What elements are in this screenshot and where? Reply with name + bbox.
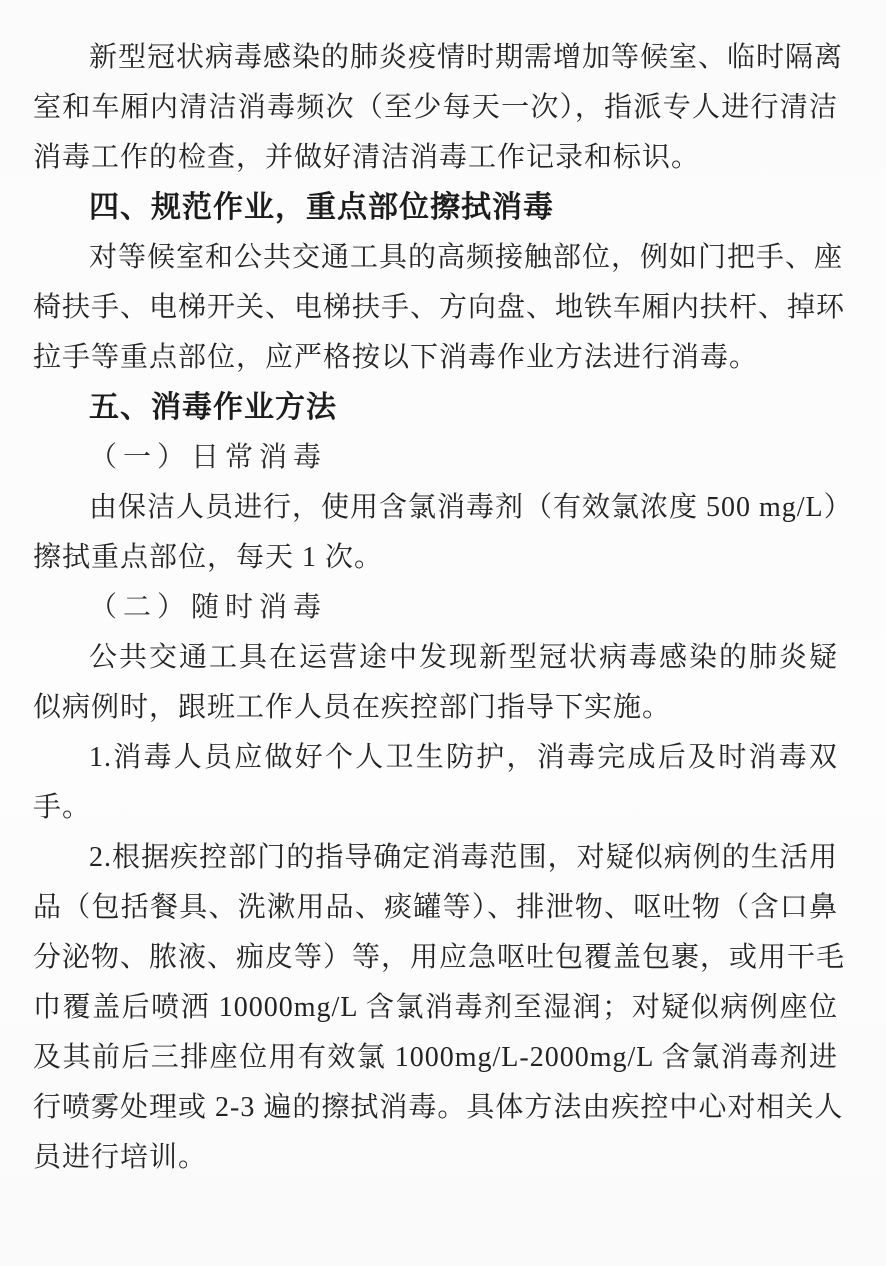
text-line: 由保洁人员进行，使用含氯消毒剂（有效氯浓度 500 mg/L） [33, 483, 838, 533]
paragraph-suspected-case: 公共交通工具在运营途中发现新型冠状病毒感染的肺炎疑 似病例时，跟班工作人员在疾控… [33, 633, 838, 733]
text-line: 及其前后三排座位用有效氯 1000mg/L-2000mg/L 含氯消毒剂进 [33, 1033, 838, 1083]
text-line: 擦拭重点部位，每天 1 次。 [33, 533, 838, 583]
text-line: 拉手等重点部位，应严格按以下消毒作业方法进行消毒。 [33, 333, 838, 383]
paragraph-item-2-disinfection-scope: 2.根据疾控部门的指导确定消毒范围，对疑似病例的生活用 品（包括餐具、洗漱用品、… [33, 833, 838, 1183]
text-line: 行喷雾处理或 2-3 遍的擦拭消毒。具体方法由疾控中心对相关人 [33, 1083, 838, 1133]
text-line: 2.根据疾控部门的指导确定消毒范围，对疑似病例的生活用 [33, 833, 838, 883]
paragraph-cleaning-frequency: 新型冠状病毒感染的肺炎疫情时期需增加等候室、临时隔离 室和车厢内清洁消毒频次（至… [33, 33, 838, 183]
text-line: 椅扶手、电梯开关、电梯扶手、方向盘、地铁车厢内扶杆、掉环 [33, 283, 838, 333]
subheading-anytime-disinfection: （二）随时消毒 [33, 583, 838, 633]
text-line: 品（包括餐具、洗漱用品、痰罐等）、排泄物、呕吐物（含口鼻 [33, 883, 838, 933]
paragraph-high-frequency-contact: 对等候室和公共交通工具的高频接触部位，例如门把手、座 椅扶手、电梯开关、电梯扶手… [33, 233, 838, 383]
text-line: 手。 [33, 783, 838, 833]
text-line: 新型冠状病毒感染的肺炎疫情时期需增加等候室、临时隔离 [33, 33, 838, 83]
text-line: 对等候室和公共交通工具的高频接触部位，例如门把手、座 [33, 233, 838, 283]
subheading-daily-disinfection: （一）日常消毒 [33, 433, 838, 483]
text-line: 公共交通工具在运营途中发现新型冠状病毒感染的肺炎疑 [33, 633, 838, 683]
text-line: 巾覆盖后喷洒 10000mg/L 含氯消毒剂至湿润；对疑似病例座位 [33, 983, 838, 1033]
paragraph-daily-disinfection: 由保洁人员进行，使用含氯消毒剂（有效氯浓度 500 mg/L） 擦拭重点部位，每… [33, 483, 838, 583]
text-line: 分泌物、脓液、痂皮等）等，用应急呕吐包覆盖包裹，或用干毛 [33, 933, 838, 983]
text-line: 似病例时，跟班工作人员在疾控部门指导下实施。 [33, 683, 838, 733]
heading-section-4: 四、规范作业，重点部位擦拭消毒 [33, 183, 838, 233]
text-line: 消毒工作的检查，并做好清洁消毒工作记录和标识。 [33, 133, 838, 183]
document-page: 新型冠状病毒感染的肺炎疫情时期需增加等候室、临时隔离 室和车厢内清洁消毒频次（至… [0, 0, 886, 1266]
text-line: 员进行培训。 [33, 1133, 838, 1183]
heading-section-5: 五、消毒作业方法 [33, 383, 838, 433]
paragraph-item-1-personal-protection: 1.消毒人员应做好个人卫生防护，消毒完成后及时消毒双 手。 [33, 733, 838, 833]
text-line: 1.消毒人员应做好个人卫生防护，消毒完成后及时消毒双 [33, 733, 838, 783]
text-line: 室和车厢内清洁消毒频次（至少每天一次），指派专人进行清洁 [33, 83, 838, 133]
